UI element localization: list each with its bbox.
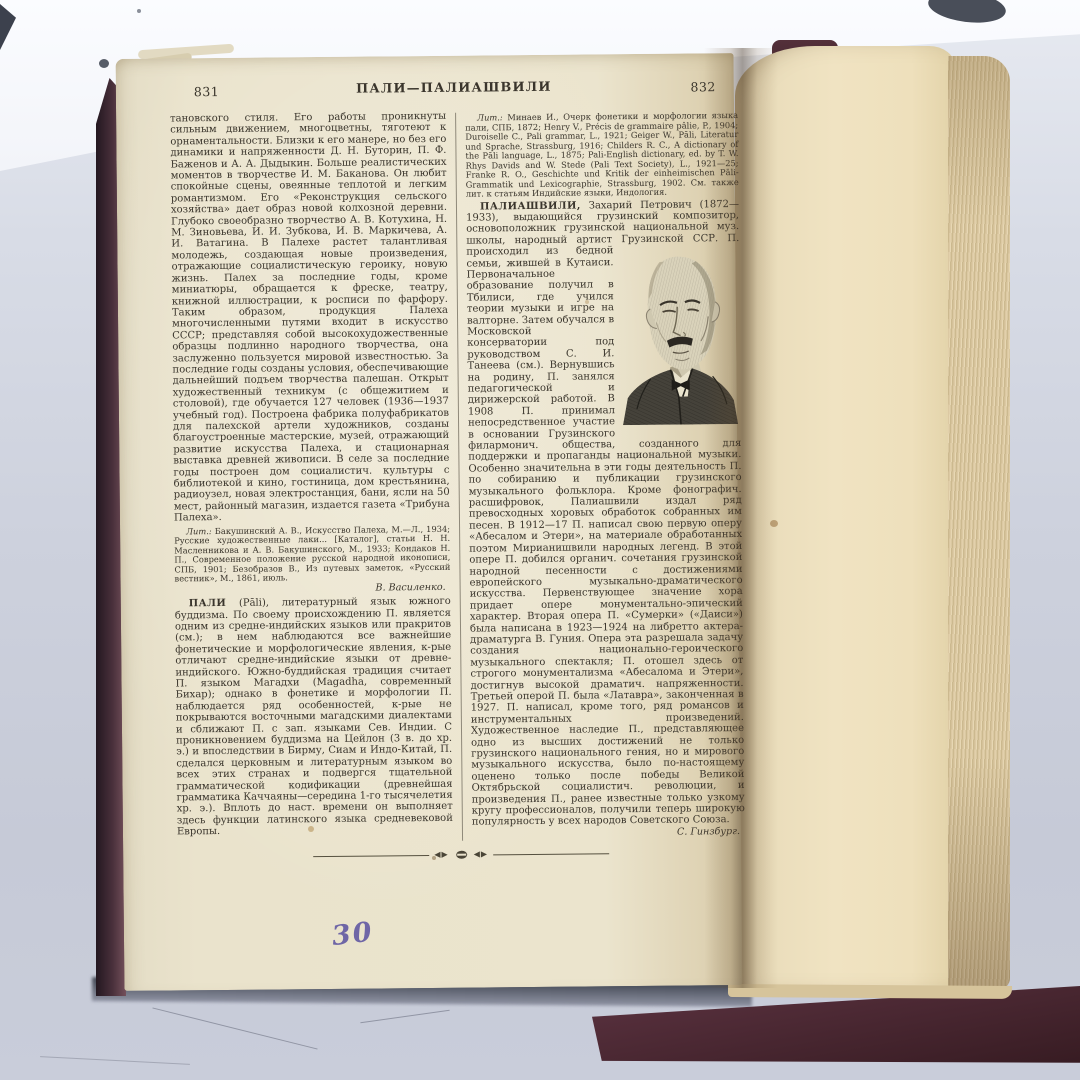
column-divider-rule xyxy=(455,113,463,841)
table-scratch xyxy=(152,1007,317,1049)
page-title: ПАЛИ—ПАЛИАШВИЛИ xyxy=(170,78,738,98)
divider-line-right xyxy=(493,853,609,855)
article-paliashvili: ПАЛИАШВИЛИ, Захарий Петрович (1872—1933)… xyxy=(466,199,745,829)
left-printed-page: 831 ПАЛИ—ПАЛИАШВИЛИ 832 тановского стиля… xyxy=(116,53,743,991)
author-signature-ginzburg: С. Гинзбург. xyxy=(472,826,745,841)
fore-edge-page-stack xyxy=(948,56,1010,990)
oval-ornament-icon xyxy=(456,851,467,859)
foxing-spot xyxy=(585,300,589,304)
table-speck xyxy=(99,59,109,68)
bibliography-832: Лит.: Минаев И., Очерк фонетики и морфол… xyxy=(465,111,739,199)
table-speck xyxy=(137,9,141,13)
printed-text-area: 831 ПАЛИ—ПАЛИАШВИЛИ 832 тановского стиля… xyxy=(170,77,745,844)
column-831: тановского стиля. Его работы проникнуты … xyxy=(170,111,453,844)
paliashvili-portrait-engraving xyxy=(619,246,741,425)
bibliography-831: Лит.: Бакушинский А. В., Искусство Палех… xyxy=(174,524,451,584)
article-pali-text: (Pāli), литературный язык южного буддизм… xyxy=(175,596,453,838)
divider-line-left xyxy=(313,855,429,857)
author-signature-vasilenko: В. Василенко. xyxy=(175,581,451,596)
bottom-page-edge xyxy=(728,984,1012,999)
article-paliashvili-term: ПАЛИАШВИЛИ, xyxy=(480,200,581,212)
column-832: Лит.: Минаев И., Очерк фонетики и морфол… xyxy=(465,108,745,841)
photo-of-open-book: 831 ПАЛИ—ПАЛИАШВИЛИ 832 тановского стиля… xyxy=(0,0,1080,1080)
diamond-arrows-icon-right: ◀▶ xyxy=(474,849,488,859)
diamond-arrows-icon-left: ◀▶ xyxy=(434,850,448,860)
article-pali-term: ПАЛИ xyxy=(189,598,227,609)
foxing-spot xyxy=(770,520,778,527)
bibliography-text: Минаев И., Очерк фонетики и морфологии я… xyxy=(465,110,739,199)
two-column-layout: тановского стиля. Его работы проникнуты … xyxy=(170,108,745,844)
palekh-article-continuation: тановского стиля. Его работы проникнуты … xyxy=(170,111,450,524)
bibliography-text: Бакушинский А. В., Искусство Палеха, М.—… xyxy=(174,523,450,583)
section-divider-ornament: ◀▶ ◀▶ xyxy=(177,847,745,862)
running-head: 831 ПАЛИ—ПАЛИАШВИЛИ 832 xyxy=(170,77,738,104)
column-number-832: 832 xyxy=(690,79,716,94)
table-scratch xyxy=(40,1056,190,1065)
foxing-spot xyxy=(308,826,314,832)
handwritten-pen-mark: 30 xyxy=(330,916,375,952)
foxing-spot xyxy=(432,856,436,860)
right-blank-page xyxy=(735,46,955,990)
article-pali: ПАЛИ (Pāli), литературный язык южного бу… xyxy=(175,596,453,838)
table-scratch xyxy=(360,1010,449,1024)
